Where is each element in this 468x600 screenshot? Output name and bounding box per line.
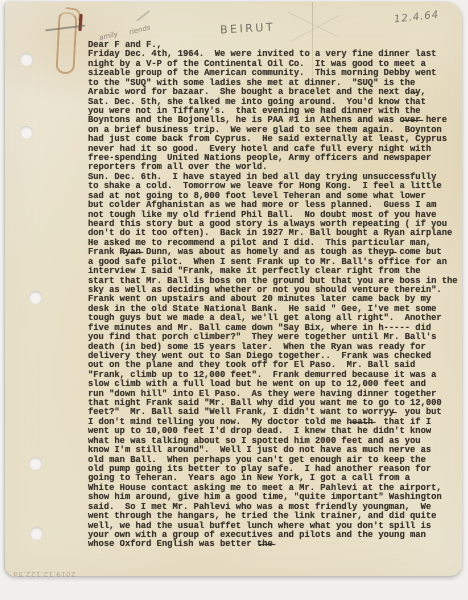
punch-hole [20,53,33,66]
paperclip-rust-stain [53,6,89,84]
handwritten-date: 12.4.64 [394,10,440,26]
letter-paper: BEIRUT 12.4.64 amily riends Dear F and F… [5,2,462,576]
pencil-x-mark [290,15,340,42]
punch-hole [30,527,43,540]
handwritten-insert-friends: riends [128,23,151,36]
pencil-x-mark [288,12,339,38]
scanned-letter: BEIRUT 12.4.64 amily riends Dear F and F… [0,0,468,600]
handwritten-city: BEIRUT [220,21,276,37]
pencil-tick-mark [136,10,150,21]
punch-hole [29,291,42,304]
punch-hole [29,457,42,470]
accession-number: 2019.12.122.5a [13,570,76,578]
punch-hole [20,126,33,139]
typed-line: whose Oxford English was better t̶h̶e̶ [88,540,460,549]
letter-body: Dear F and F.,Friday Dec. 4th, 1964. We … [88,41,460,550]
rust-mark [78,14,82,31]
paperclip-loop [55,12,77,75]
